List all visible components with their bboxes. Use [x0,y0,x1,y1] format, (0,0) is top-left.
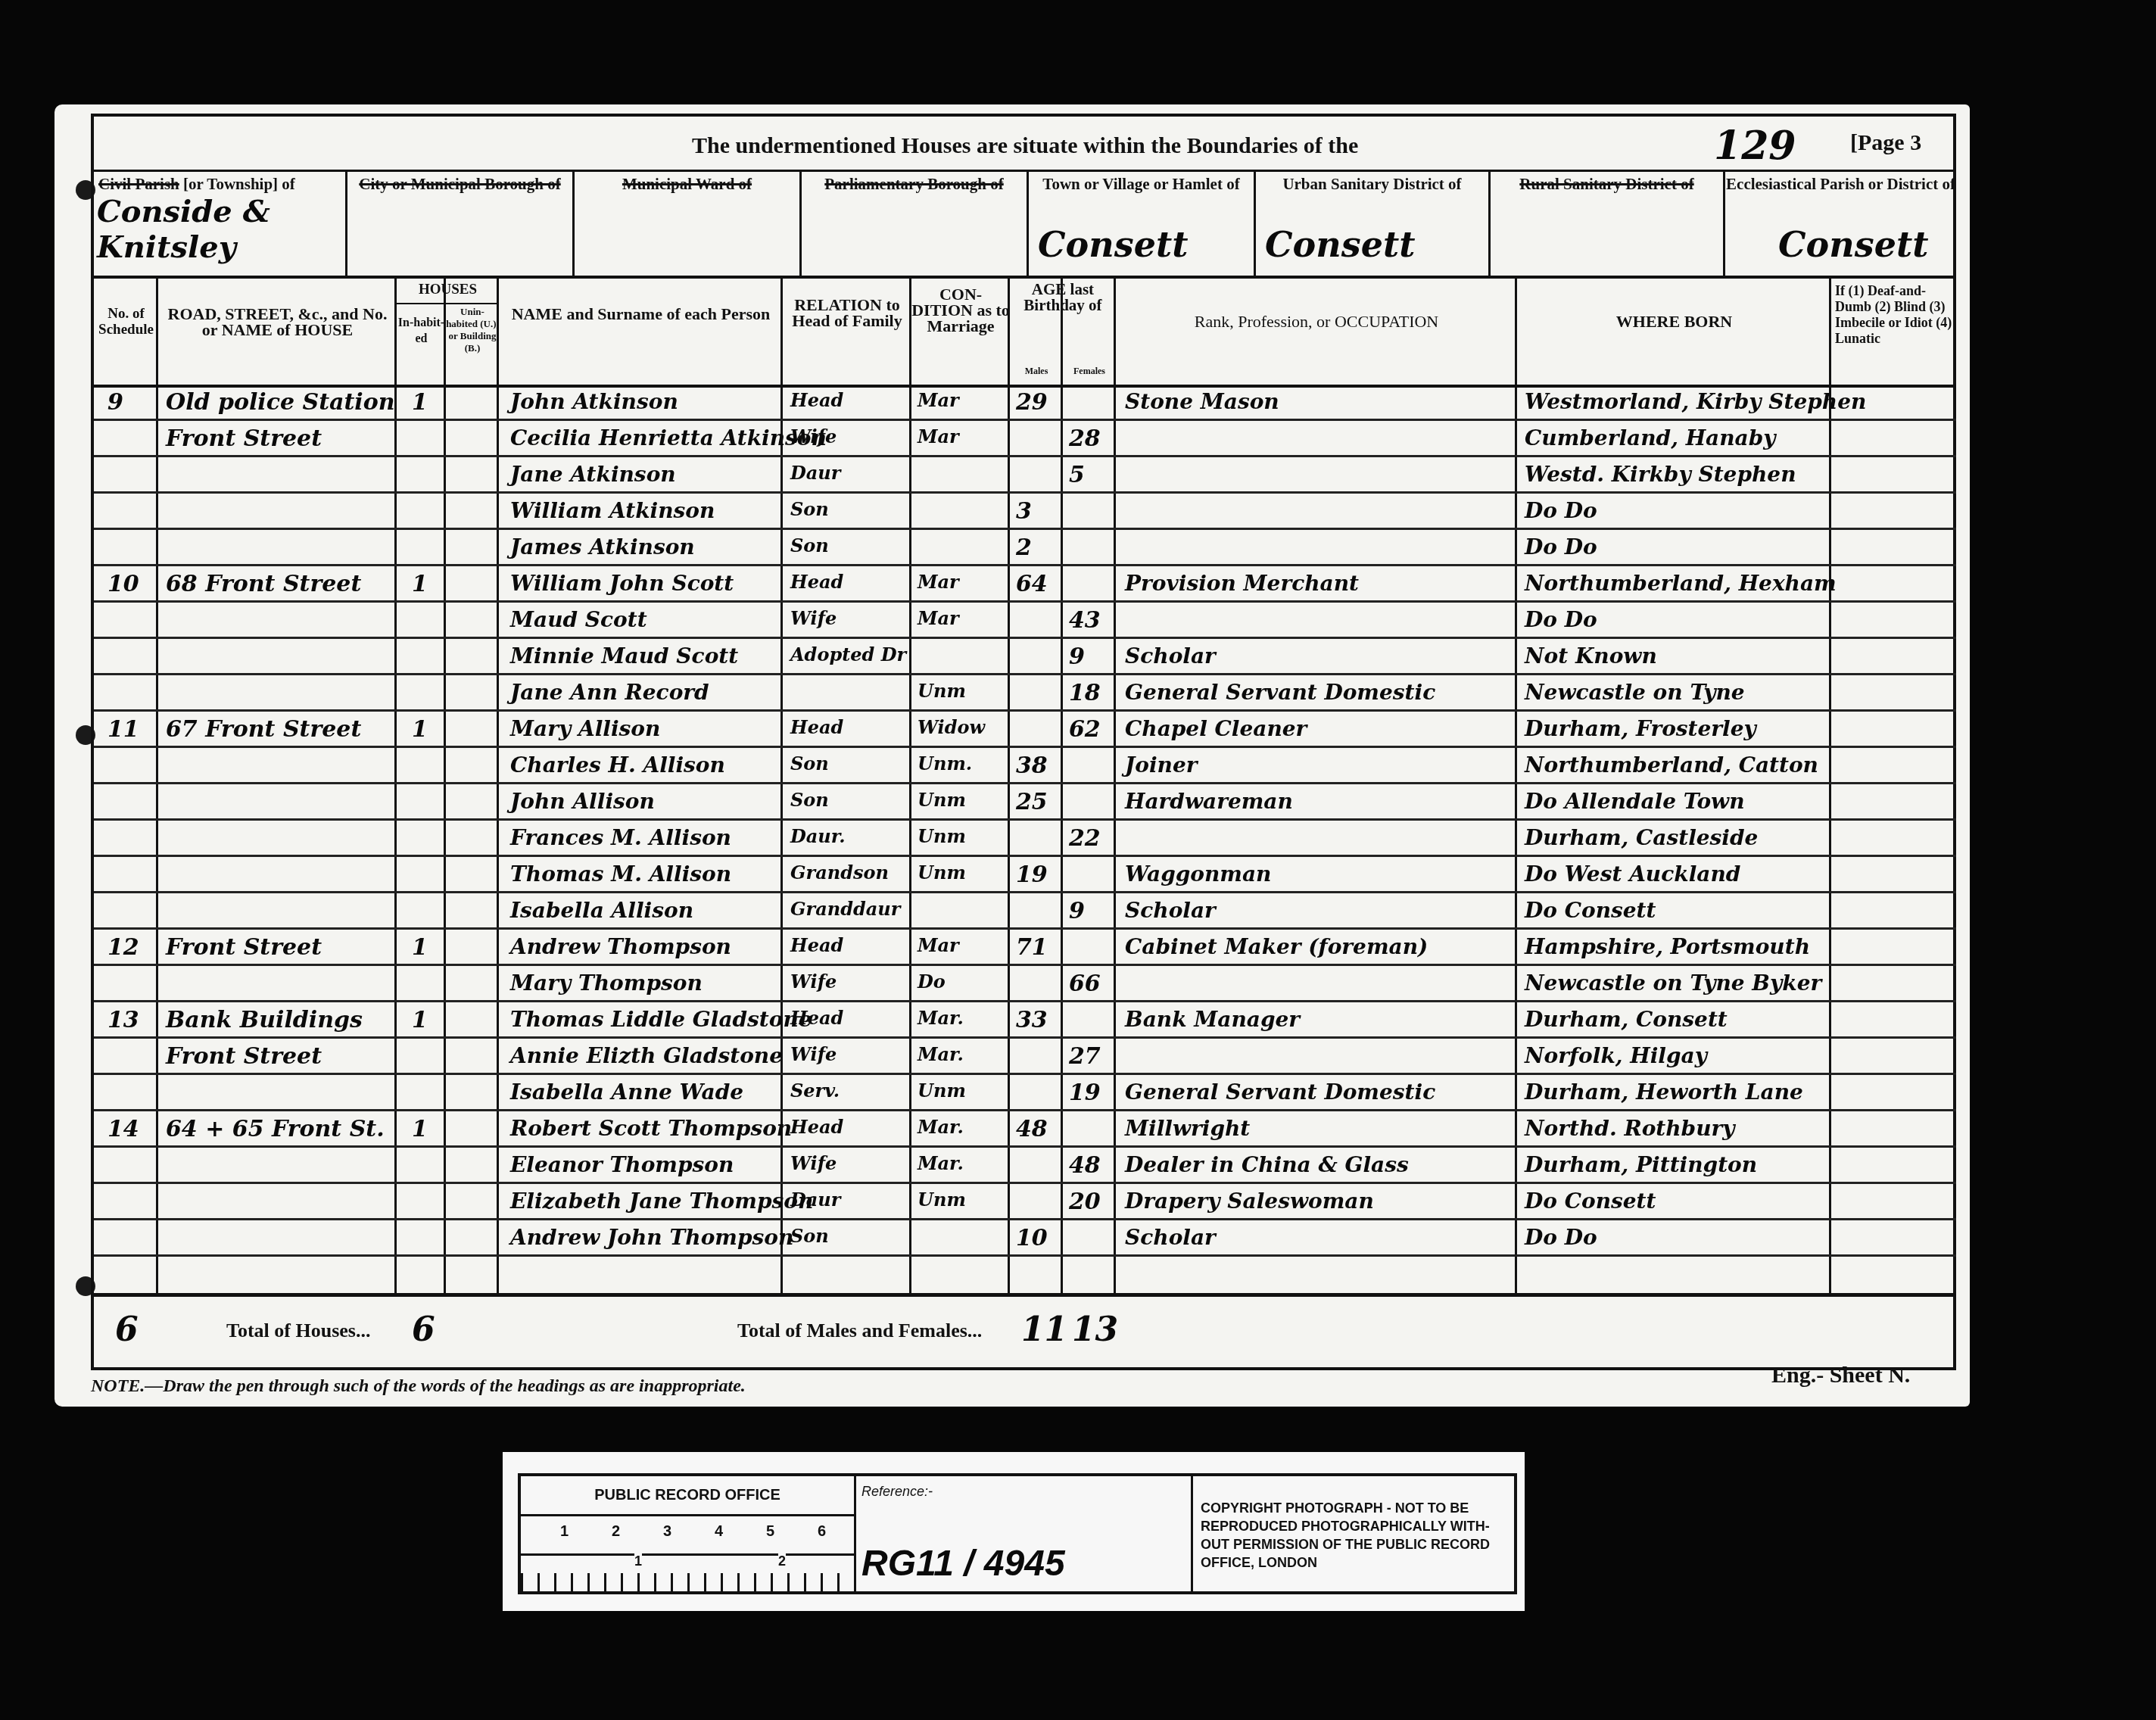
ecclesiastical-parish-cell: Ecclesiastical Parish or District of Con… [1725,170,1956,276]
male-age: 33 [1016,1007,1048,1033]
marital-condition: Unm [918,1189,966,1211]
relation: Wife [790,1152,837,1174]
label: [or Township] of [183,175,295,193]
row-divider [94,1145,1956,1148]
parliamentary-borough-cell: Parliamentary Borough of [802,170,1029,276]
occupation: Joiner [1125,752,1197,777]
relation: Wife [790,425,837,447]
person-name: Isabella Anne Wade [510,1080,743,1105]
row-divider [94,1036,1956,1039]
where-born: Do West Auckland [1525,862,1740,886]
female-age: 5 [1069,462,1085,488]
where-born: Westd. Kirkby Stephen [1525,462,1796,487]
reference-value: RG11 / 4945 [861,1543,1065,1584]
female-age: 48 [1069,1152,1101,1179]
relation: Son [790,498,829,520]
scale-top: 1 2 3 4 5 6 [521,1514,856,1556]
row-divider [94,1182,1956,1184]
female-age: 43 [1069,607,1101,634]
marital-condition: Unm. [918,752,972,774]
female-age: 20 [1069,1189,1101,1215]
inhabited-count: 1 [412,571,428,597]
office-name: PUBLIC RECORD OFFICE [521,1476,856,1516]
marital-condition: Mar [918,607,959,629]
where-born: Cumberland, Hanaby [1525,425,1776,450]
where-born: Newcastle on Tyne Byker [1525,971,1821,996]
marital-condition: Mar [918,934,959,956]
person-name: Mary Allison [510,716,660,741]
urban-sanitary-cell: Urban Sanitary District of Consett [1256,170,1491,276]
label: Urban Sanitary District of [1256,170,1488,192]
row-divider [94,455,1956,457]
person-name: John Atkinson [510,389,678,414]
header-females: Females [1063,363,1116,379]
row-divider [94,528,1956,530]
person-name: William Atkinson [510,498,715,523]
address: Front Street [166,934,322,961]
row-divider [94,964,1956,966]
header-address: ROAD, STREET, &c., and No. or NAME of HO… [158,279,397,338]
municipal-ward-cell: Municipal Ward of [575,170,802,276]
row-divider [94,927,1956,930]
address: 68 Front Street [166,571,361,597]
where-born: Northumberland, Catton [1525,752,1818,777]
header-schedule: No. of Schedule [94,279,158,338]
header-males: Males [1010,363,1063,379]
row-divider [94,419,1956,421]
ecclesiastical-parish-value: Consett [1778,224,1928,265]
marital-condition: Mar. [918,1152,964,1174]
where-born: Durham, Consett [1525,1007,1728,1032]
occupation: Cabinet Maker (foreman) [1125,934,1428,959]
relation: Son [790,789,829,811]
relation: Grandson [790,862,889,883]
person-name: Cecilia Henrietta Atkinson [510,425,827,450]
schedule-number: 11 [107,716,139,743]
relation: Head [790,1007,843,1029]
struck-label: Parliamentary Borough of [802,170,1027,192]
header-condition: CON-DITION as to Marriage [911,279,1010,334]
male-age: 25 [1016,789,1048,815]
female-age: 27 [1069,1043,1101,1070]
inhabited-count: 1 [412,934,428,961]
where-born: Do Do [1525,498,1597,523]
sheet-mark: Eng.- Sheet N. [1771,1363,1910,1388]
marital-condition: Mar. [918,1007,964,1029]
address: 64 + 65 Front St. [166,1116,385,1142]
row-divider [94,1000,1956,1002]
header-inhabited: In-habit-ed [397,279,446,347]
where-born: Durham, Heworth Lane [1525,1080,1803,1105]
occupation: Scholar [1125,1225,1216,1250]
person-name: Jane Ann Record [510,680,709,705]
person-name: Isabella Allison [510,898,693,923]
marital-condition: Mar [918,571,959,593]
col-uninhabited [446,279,499,1293]
address: 67 Front Street [166,716,361,743]
relation: Daur. [790,825,846,847]
person-name: Elizabeth Jane Thompson [510,1189,813,1214]
relation: Wife [790,1043,837,1065]
person-name: Andrew John Thompson [510,1225,793,1250]
where-born: Do Do [1525,1225,1597,1250]
occupation: Stone Mason [1125,389,1279,414]
marital-condition: Mar. [918,1116,964,1138]
marital-condition: Unm [918,825,966,847]
occupation: Scholar [1125,643,1216,668]
boundaries-row: Civil Parish [or Township] of Conside & … [94,170,1953,279]
total-people-label: Total of Males and Females... [737,1320,982,1342]
person-name: Mary Thompson [510,971,703,996]
marital-condition: Unm [918,680,966,702]
marital-condition: Do [918,971,946,992]
relation: Daur [790,1189,840,1211]
occupation: Provision Merchant [1125,571,1359,596]
row-divider [94,818,1956,821]
relation: Serv. [790,1080,840,1101]
label: Ecclesiastical Parish or District of [1725,170,1956,192]
header-infirmity: If (1) Deaf-and-Dumb (2) Blind (3) Imbec… [1835,279,1956,347]
female-age: 66 [1069,971,1101,997]
female-age: 18 [1069,680,1101,706]
col-occupation [1116,279,1517,1293]
marital-condition: Mar. [918,1043,964,1065]
marital-condition: Unm [918,789,966,811]
page-label: [Page 3 [1850,130,1921,156]
person-name: William John Scott [510,571,734,596]
public-record-office-label: PUBLIC RECORD OFFICE 1 2 3 4 5 6 1 2 Ref… [503,1452,1525,1611]
address: Bank Buildings [166,1007,363,1033]
civil-parish-value: Conside & Knitsley [97,194,345,265]
row-divider [94,1109,1956,1111]
marital-condition: Unm [918,862,966,883]
folio-number: 129 [1714,123,1796,169]
address: Old police Station [166,389,395,416]
header-relation: RELATION to Head of Family [783,279,911,329]
occupation: Chapel Cleaner [1125,716,1307,741]
schedule-number: 14 [107,1116,139,1142]
person-name: Eleanor Thompson [510,1152,734,1177]
town-value: Consett [1038,224,1188,265]
relation: Wife [790,971,837,992]
occupation: Drapery Saleswoman [1125,1189,1374,1214]
struck-label: Rural Sanitary District of [1491,170,1723,192]
where-born: Do Do [1525,607,1597,632]
person-name: Thomas M. Allison [510,862,731,886]
total-schedules: 6 [115,1310,139,1349]
reference-label: Reference:- [861,1484,933,1500]
header-age: AGE last Birthday of [1010,279,1116,313]
census-form: The undermentioned Houses are situate wi… [91,114,1956,1370]
row-divider [94,1073,1956,1075]
inhabited-count: 1 [412,389,428,416]
occupation: Hardwareman [1125,789,1293,814]
total-houses: 6 [412,1310,435,1349]
marital-condition: Widow [918,716,985,738]
relation: Adopted Dr [790,643,906,665]
person-name: James Atkinson [510,534,695,559]
row-divider [94,1254,1956,1257]
female-age: 19 [1069,1080,1101,1106]
title-row: The undermentioned Houses are situate wi… [94,117,1953,172]
relation: Head [790,571,843,593]
marital-condition: Mar [918,389,959,411]
civil-parish-cell: Civil Parish [or Township] of Conside & … [94,170,347,276]
schedule-number: 10 [107,571,139,597]
where-born: Norfolk, Hilgay [1525,1043,1707,1068]
relation: Head [790,1116,843,1138]
header-uninhabited: Unin-habited (U.), or Building (B.) [446,279,499,354]
municipal-borough-cell: City or Municipal Borough of [347,170,575,276]
person-name: Maud Scott [510,607,647,632]
row-divider [94,564,1956,566]
occupation: General Servant Domestic [1125,1080,1435,1105]
person-name: John Allison [510,789,655,814]
where-born: Northumberland, Hexham [1525,571,1837,596]
relation: Daur [790,462,840,484]
address: Front Street [166,425,322,452]
person-name: Frances M. Allison [510,825,731,850]
female-age: 9 [1069,898,1085,924]
row-divider [94,637,1956,639]
occupation: General Servant Domestic [1125,680,1435,705]
totals-row: 6 Total of Houses... 6 Total of Males an… [94,1293,1953,1369]
occupation: Dealer in China & Glass [1125,1152,1409,1177]
male-age: 71 [1016,934,1048,961]
struck-label: City or Municipal Borough of [347,170,572,192]
address: Front Street [166,1043,322,1070]
total-houses-label: Total of Houses... [226,1320,370,1342]
inhabited-count: 1 [412,1007,428,1033]
occupation: Waggonman [1125,862,1271,886]
relation: Wife [790,607,837,629]
where-born: Not Known [1525,643,1657,668]
rural-sanitary-cell: Rural Sanitary District of [1491,170,1725,276]
schedule-number: 9 [107,389,123,416]
relation: Son [790,1225,829,1247]
female-age: 9 [1069,643,1085,670]
header-where-born: WHERE BORN [1517,279,1831,329]
schedule-number: 13 [107,1007,139,1033]
relation: Granddaur [790,898,900,920]
occupation: Millwright [1125,1116,1250,1141]
where-born: Do Consett [1525,1189,1656,1214]
where-born: Durham, Pittington [1525,1152,1757,1177]
where-born: Do Consett [1525,898,1656,923]
male-age: 3 [1016,498,1032,525]
row-divider [94,491,1956,494]
where-born: Newcastle on Tyne [1525,680,1745,705]
scale-ruler: 1 2 [521,1553,856,1591]
relation: Head [790,934,843,956]
occupation: Scholar [1125,898,1216,923]
label: Town or Village or Hamlet of [1029,170,1254,192]
where-born: Durham, Castleside [1525,825,1758,850]
where-born: Hampshire, Portsmouth [1525,934,1810,959]
form-title: The undermentioned Houses are situate wi… [692,133,1358,159]
female-age: 28 [1069,425,1101,452]
header-name: NAME and Surname of each Person [499,279,783,322]
person-name: Thomas Liddle Gladstone [510,1007,812,1032]
struck-label: Civil Parish [98,175,179,193]
header-occupation: Rank, Profession, or OCCUPATION [1116,279,1517,329]
male-age: 19 [1016,862,1048,888]
relation: Head [790,716,843,738]
row-divider [94,673,1956,675]
male-age: 10 [1016,1225,1048,1251]
person-name: Jane Atkinson [510,462,676,487]
inhabited-count: 1 [412,716,428,743]
inhabited-count: 1 [412,1116,428,1142]
where-born: Northd. Rothbury [1525,1116,1735,1141]
relation: Son [790,752,829,774]
female-age: 22 [1069,825,1101,852]
male-age: 29 [1016,389,1048,416]
schedule-number: 12 [107,934,139,961]
row-divider [94,891,1956,893]
person-name: Minnie Maud Scott [510,643,738,668]
occupation: Bank Manager [1125,1007,1300,1032]
where-born: Durham, Frosterley [1525,716,1756,741]
footer-note: NOTE.—Draw the pen through such of the w… [91,1376,746,1397]
male-age: 48 [1016,1116,1048,1142]
row-divider [94,1218,1956,1220]
where-born: Do Allendale Town [1525,789,1745,814]
total-females: 13 [1072,1310,1118,1349]
copyright-notice: COPYRIGHT PHOTOGRAPH - NOT TO BE REPRODU… [1201,1499,1503,1572]
marital-condition: Mar [918,425,959,447]
row-divider [94,746,1956,748]
relation: Head [790,389,843,411]
row-divider [94,600,1956,603]
row-divider [94,782,1956,784]
marital-condition: Unm [918,1080,966,1101]
row-divider [94,709,1956,712]
urban-sanitary-value: Consett [1265,224,1415,265]
person-name: Robert Scott Thompson [510,1116,792,1141]
person-name: Annie Elizth Gladstone [510,1043,783,1068]
where-born: Westmorland, Kirby Stephen [1525,389,1866,414]
total-males: 11 [1021,1310,1067,1349]
row-divider [94,855,1956,857]
struck-label: Municipal Ward of [575,170,799,192]
male-age: 38 [1016,752,1048,779]
person-name: Andrew Thompson [510,934,731,959]
relation: Son [790,534,829,556]
female-age: 62 [1069,716,1101,743]
male-age: 2 [1016,534,1032,561]
town-cell: Town or Village or Hamlet of Consett [1029,170,1256,276]
male-age: 64 [1016,571,1048,597]
person-name: Charles H. Allison [510,752,725,777]
reference-box: Reference:- RG11 / 4945 [854,1476,1193,1591]
where-born: Do Do [1525,534,1597,559]
